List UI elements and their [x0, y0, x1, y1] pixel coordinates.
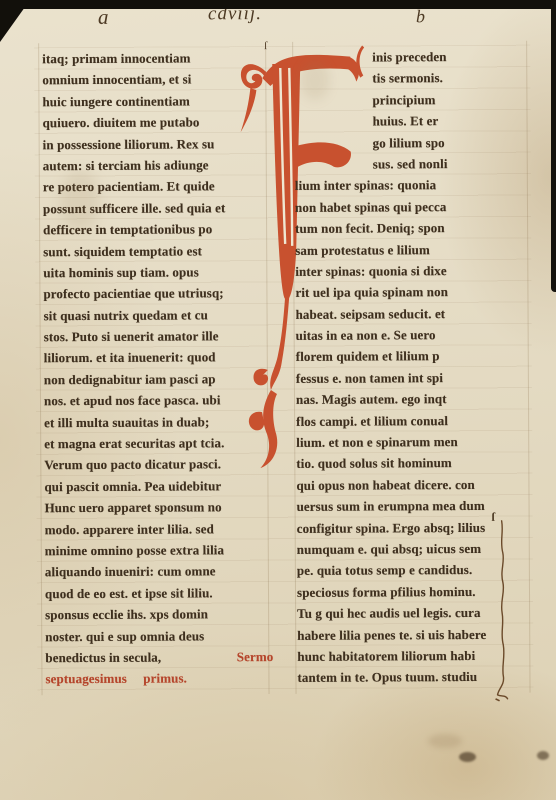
- text-line: lium inter spinas: quonia: [295, 174, 533, 197]
- text-line: modo. apparere inter lilia. sed: [45, 518, 273, 541]
- text-line: go lilium spo: [295, 131, 533, 154]
- text-line: quiuero. diuitem me putabo: [42, 111, 270, 134]
- manuscript-photo: a cdviij. b ſ: [0, 0, 556, 800]
- text-line: sit quasi nutrix quedam et cu: [43, 304, 271, 327]
- rubric-title: septuagesimus primus.: [45, 667, 273, 690]
- text-line: omnium innocentiam, et si: [42, 68, 270, 91]
- text-line: et illi multa suauitas in duab;: [44, 411, 272, 434]
- text-line: quod de eo est. et ipse sit liliu.: [45, 582, 273, 605]
- text-line: aliquando inueniri: cum omne: [45, 560, 273, 583]
- text-line: tio. quod solus sit hominum: [296, 452, 534, 475]
- parchment-stain: [60, 170, 100, 230]
- text-line: itaq; primam innocentiam: [42, 47, 270, 70]
- text-line: flos campi. et lilium conual: [296, 409, 534, 432]
- text-line: qui pascit omnia. Pea uidebitur: [44, 475, 272, 498]
- text-line: benedictus in secula, Sermo: [45, 646, 273, 669]
- text-line: inter spinas: quonia si dixe: [295, 260, 533, 283]
- text-line: et magna erat securitas apt tcia.: [44, 432, 272, 455]
- text-line: sus. sed nonli: [295, 153, 533, 176]
- text-line: uersus sum in erumpna mea dum: [297, 495, 535, 518]
- margin-wavy-line: [493, 519, 512, 703]
- page-content: a cdviij. b ſ: [0, 0, 556, 800]
- text-line: minime omnino posse extra lilia: [45, 539, 273, 562]
- text-line: huius. Et er: [294, 110, 532, 133]
- text-line: qui opus non habeat dicere. con: [296, 473, 534, 496]
- text-line: Hunc uero apparet sponsum no: [45, 496, 273, 519]
- text-line: non dedignabitur iam pasci ap: [44, 368, 272, 391]
- text-line: rit uel ipa quia spinam non: [295, 281, 533, 304]
- text-line: noster. qui e sup omnia deus: [45, 625, 273, 648]
- text-line: florem quidem et lilium p: [296, 345, 534, 368]
- ink-stain: [537, 751, 549, 760]
- ink-stain: [459, 752, 476, 762]
- text-line: stos. Puto si uenerit amator ille: [44, 325, 272, 348]
- text-line: sponsus ecclie ihs. xps domin: [45, 603, 273, 626]
- column-mark-b: b: [416, 6, 425, 27]
- closing-words: benedictus in secula,: [45, 647, 161, 669]
- photo-edge-top: [0, 0, 556, 9]
- parchment-stain: [300, 60, 330, 100]
- parchment-page: a cdviij. b ſ: [0, 0, 556, 800]
- text-line: non habet spinas qui pecca: [295, 195, 533, 218]
- text-line: uitas in ea non e. Se uero: [296, 324, 534, 347]
- text-line: tum non fecit. Deniq; spon: [295, 217, 533, 240]
- text-line: liliorum. et ita inuenerit: quod: [44, 347, 272, 370]
- text-line: uita hominis sup tiam. opus: [43, 261, 271, 284]
- text-column-a: itaq; primam innocentiamomnium innocenti…: [42, 47, 273, 690]
- text-line: huic iungere continentiam: [42, 90, 270, 113]
- photo-edge-right: [551, 0, 556, 292]
- text-line: sam protestatus e lilium: [295, 238, 533, 261]
- rubric-word: Sermo: [237, 646, 274, 668]
- parchment-stain: [428, 734, 462, 748]
- text-line: fessus e. non tamen int spi: [296, 367, 534, 390]
- text-line: profecto pacientiae que utriusq;: [43, 282, 271, 305]
- column-a-lines: itaq; primam innocentiamomnium innocenti…: [42, 47, 273, 647]
- text-line: Verum quo pacto dicatur pasci.: [44, 453, 272, 476]
- text-line: lium. et non e spinarum men: [296, 431, 534, 454]
- text-line: in possessione liliorum. Rex su: [43, 133, 271, 156]
- text-line: sunt. siquidem temptatio est: [43, 240, 271, 263]
- text-line: nos. et apud nos face pasca. ubi: [44, 389, 272, 412]
- text-line: principium: [294, 88, 532, 111]
- text-line: nas. Magis autem. ego inqt: [296, 388, 534, 411]
- text-line: inis preceden: [294, 46, 532, 69]
- text-line: habeat. seipsam seducit. et: [295, 302, 533, 325]
